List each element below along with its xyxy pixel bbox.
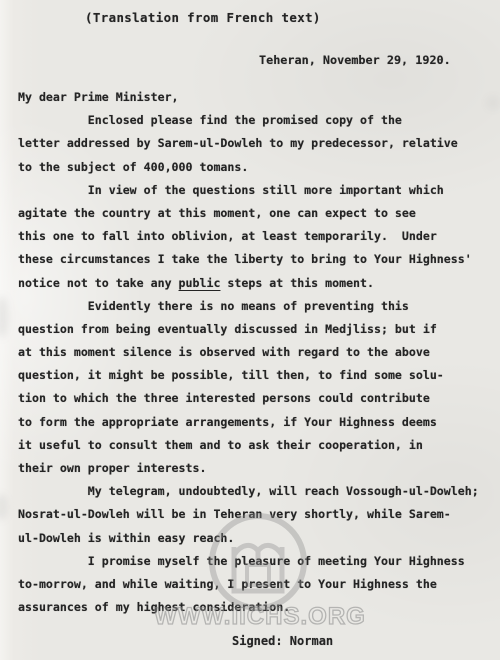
letter-line: agitate the country at this moment, one …	[18, 202, 479, 225]
paper-smudge	[0, 296, 8, 338]
letter-line: Enclosed please find the promised copy o…	[18, 109, 479, 132]
letter-line: question, it might be possible, till the…	[18, 364, 479, 387]
letter-line: My telegram, undoubtedly, will reach Vos…	[18, 480, 479, 503]
letter-line: tion to which the three interested perso…	[18, 387, 479, 410]
letter-line: ul-Dowleh is within easy reach.	[18, 527, 479, 550]
letter-line: at this moment silence is observed with …	[18, 341, 479, 364]
letter-line: it useful to consult them and to ask the…	[18, 434, 479, 457]
letter-line: to the subject of 400,000 tomans.	[18, 156, 479, 179]
letter-line: Nosrat-ul-Dowleh will be in Teheran very…	[18, 503, 479, 526]
letter-line: I promise myself the pleasure of meeting…	[18, 550, 479, 573]
paper-smudge	[0, 494, 7, 520]
letter-body: My dear Prime Minister, Enclosed please …	[18, 86, 479, 619]
letter-line: My dear Prime Minister,	[18, 86, 479, 109]
letter-line: assurances of my highest consideration.	[18, 596, 479, 619]
underlined-word: public	[179, 276, 221, 290]
letter-line: their own proper interests.	[18, 457, 479, 480]
translation-note: (Translation from French text)	[85, 10, 321, 25]
paper-smudge	[486, 96, 500, 110]
dateline: Teheran, November 29, 1920.	[259, 53, 451, 67]
letter-line: these circumstances I take the liberty t…	[18, 248, 479, 271]
letter-line: letter addressed by Sarem-ul-Dowleh to m…	[18, 132, 479, 155]
letter-line: to form the appropriate arrangements, if…	[18, 411, 479, 434]
letter-line: question from being eventually discussed…	[18, 318, 479, 341]
letter-line: Evidently there is no means of preventin…	[18, 295, 479, 318]
letter-line: In view of the questions still more impo…	[18, 179, 479, 202]
letter-line: this one to fall into oblivion, at least…	[18, 225, 479, 248]
letter-line: to-morrow, and while waiting, I present …	[18, 573, 479, 596]
scanned-letter-page: (Translation from French text) Teheran, …	[0, 0, 500, 660]
signature-line: Signed: Norman	[232, 634, 333, 648]
letter-line: notice not to take any public steps at t…	[18, 272, 479, 295]
